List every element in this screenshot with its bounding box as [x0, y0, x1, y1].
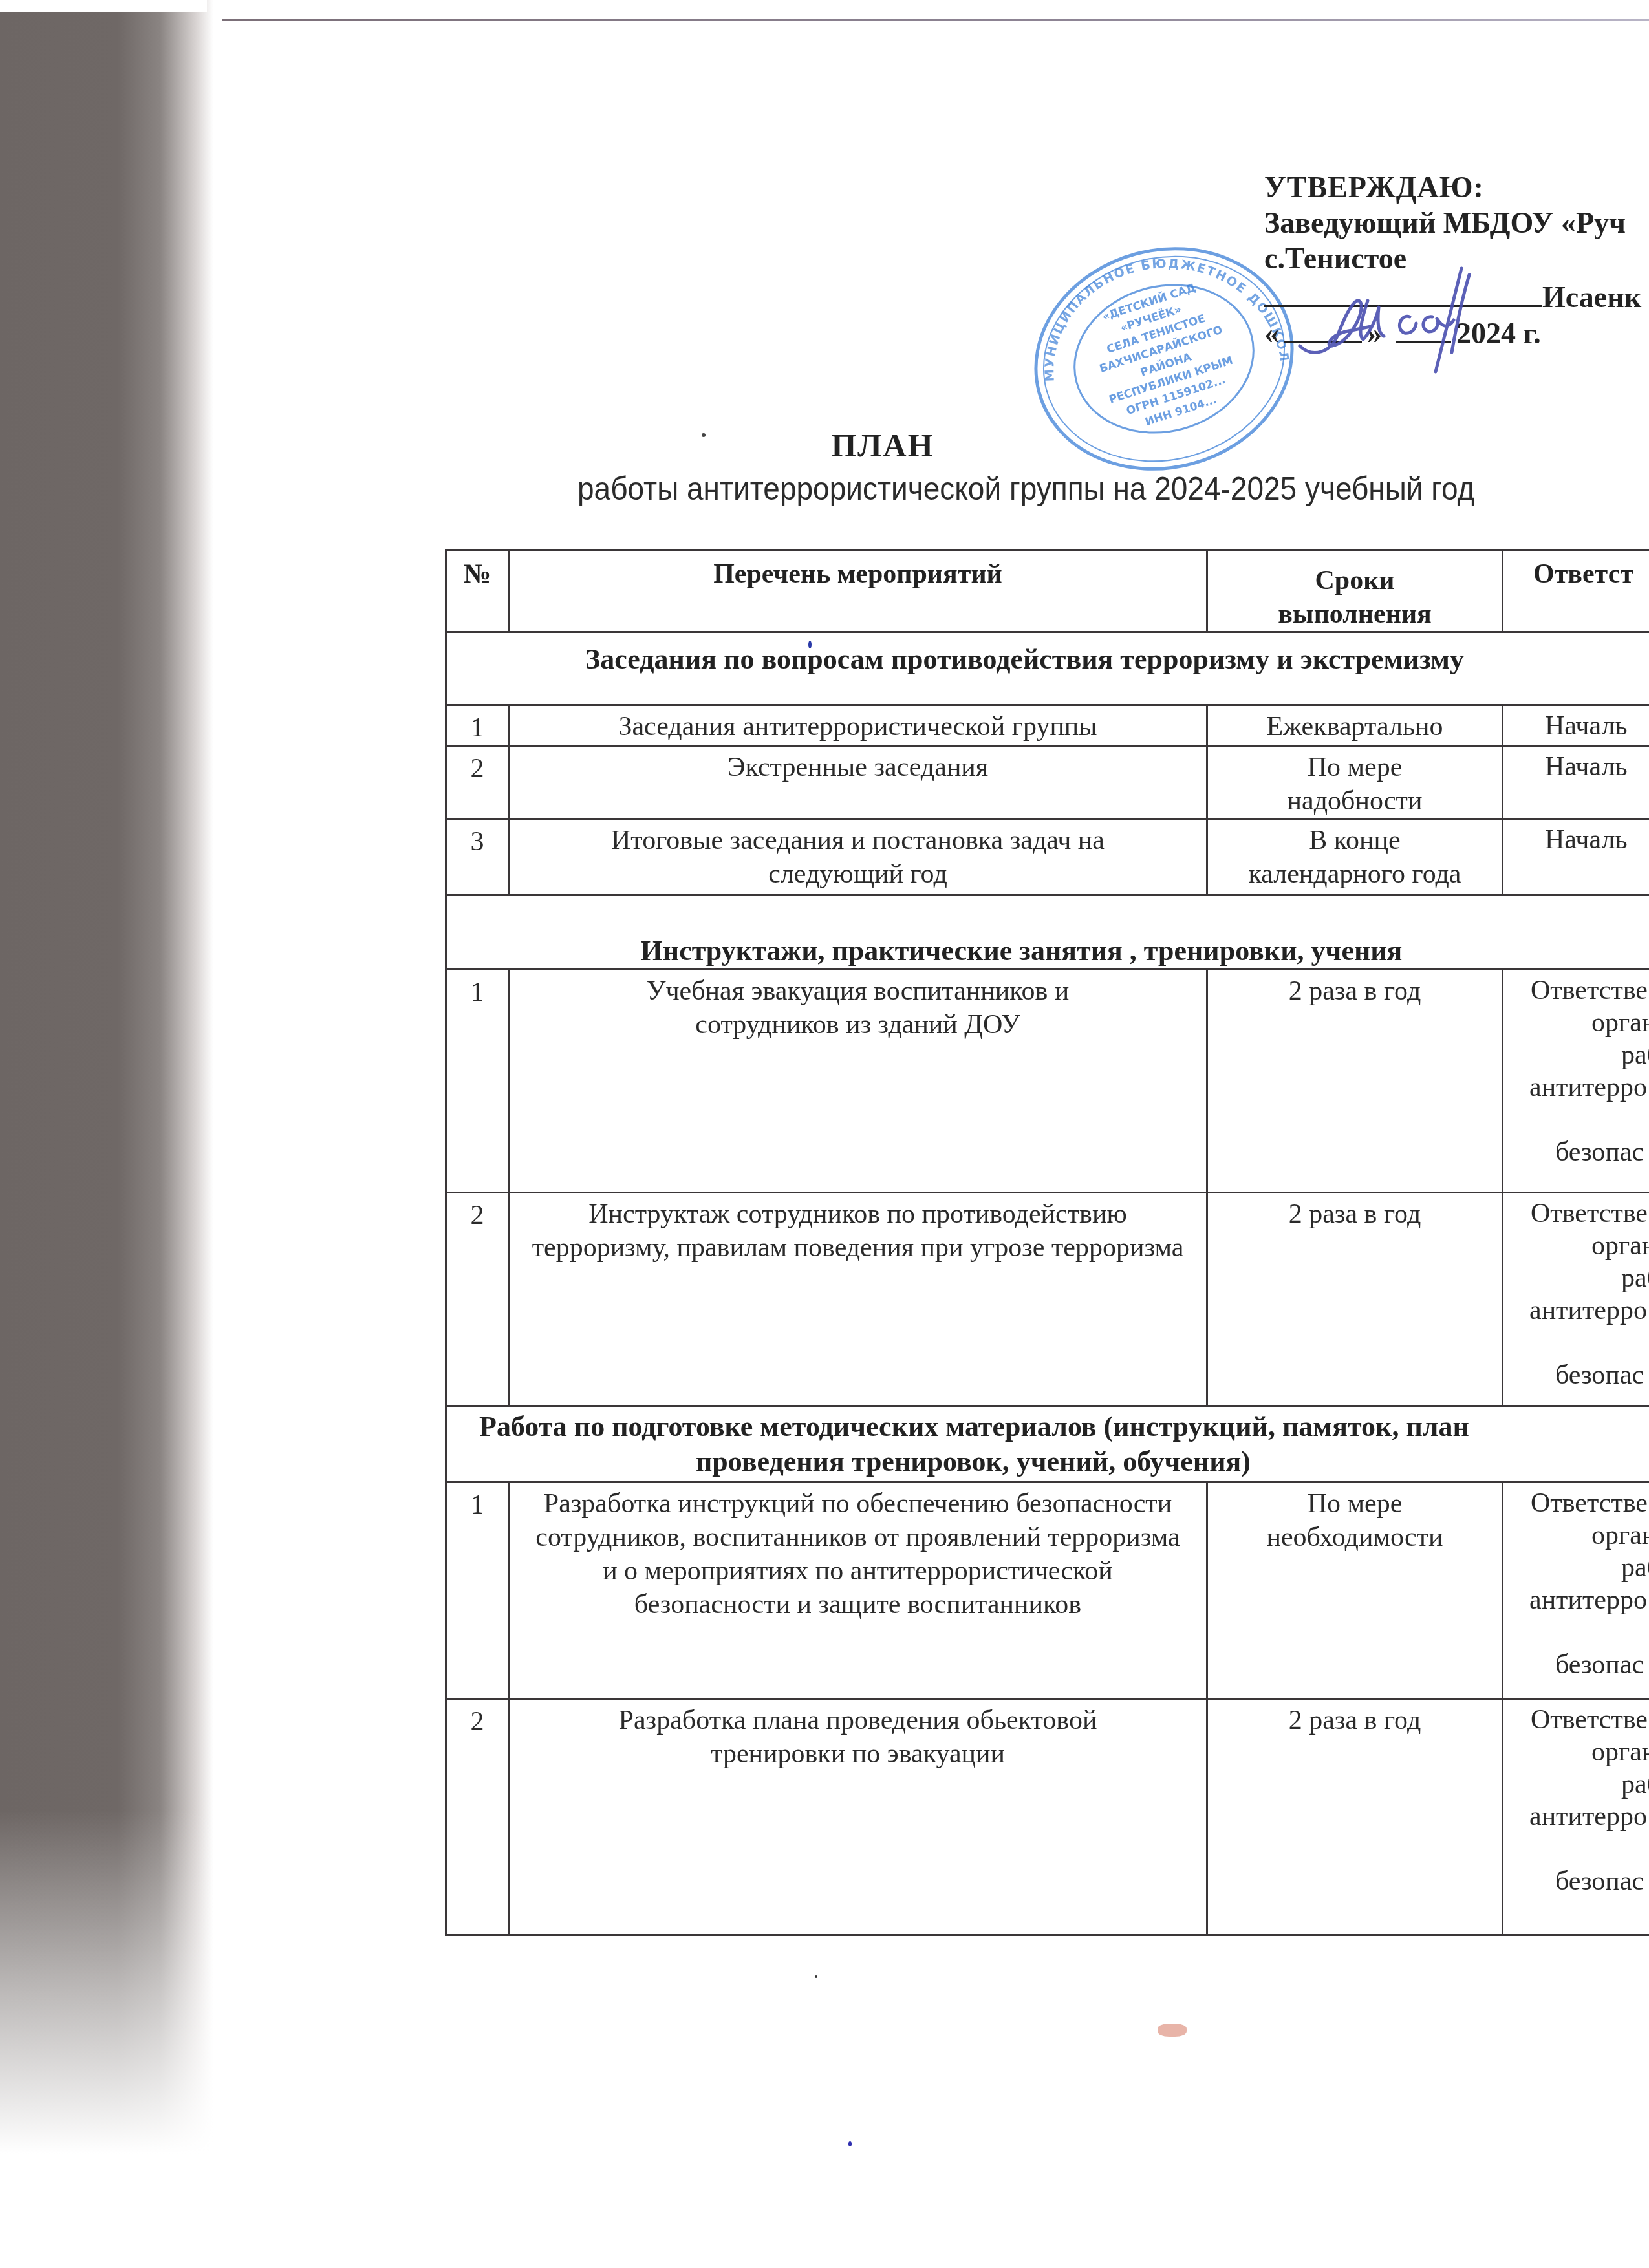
row-number: 2 — [446, 746, 509, 819]
scan-speck — [702, 433, 706, 437]
approval-signer-name: Исаенк — [1542, 281, 1641, 314]
row-responsible: Началь — [1503, 705, 1649, 746]
page-top-edge — [222, 19, 1649, 21]
table-row: 1 Учебная эвакуация воспитанников и сотр… — [446, 970, 1649, 1193]
document-title: ПЛАН — [0, 427, 1649, 464]
row-responsible: Началь — [1503, 819, 1649, 895]
scan-speck — [1158, 2024, 1187, 2037]
row-term: В конце календарного года — [1207, 819, 1503, 895]
row-term: По мере надобности — [1207, 746, 1503, 819]
table-row: 2 Инструктаж сотрудников по противодейст… — [446, 1193, 1649, 1406]
row-activity: Разработка плана проведения обьектовой т… — [509, 1699, 1207, 1935]
row-number: 1 — [446, 970, 509, 1193]
scan-speck — [815, 1975, 817, 1978]
date-open-quote: « — [1264, 317, 1279, 350]
header-num: № — [446, 550, 509, 632]
header-responsible: Ответст — [1503, 550, 1649, 632]
row-responsible: Ответстве органи рабо антитерро ско безо… — [1503, 1482, 1649, 1699]
scan-speck — [808, 641, 812, 648]
section-title: Работа по подготовке методических матери… — [446, 1406, 1649, 1482]
row-activity: Заседания антитеррористической группы — [509, 705, 1207, 746]
table-row: 2 Разработка плана проведения обьектовой… — [446, 1699, 1649, 1935]
section-title: Инструктажи, практические занятия , трен… — [446, 895, 1649, 970]
row-activity: Разработка инструкций по обеспечению без… — [509, 1482, 1207, 1699]
row-number: 3 — [446, 819, 509, 895]
scanner-edge-fade — [0, 1810, 220, 2268]
table-row: 1 Разработка инструкций по обеспечению б… — [446, 1482, 1649, 1699]
row-term: 2 раза в год — [1207, 970, 1503, 1193]
row-activity: Итоговые заседания и постановка задач на… — [509, 819, 1207, 895]
table-row: 3 Итоговые заседания и постановка задач … — [446, 819, 1649, 895]
table-row: 1 Заседания антитеррористической группы … — [446, 705, 1649, 746]
row-responsible: Ответстве органи рабо антитерро ско безо… — [1503, 1193, 1649, 1406]
section-title: Заседания по вопросам противодействия те… — [446, 632, 1649, 705]
row-number: 1 — [446, 705, 509, 746]
row-activity: Экстренные заседания — [509, 746, 1207, 819]
handwritten-signature — [1287, 255, 1500, 378]
row-responsible: Началь — [1503, 746, 1649, 819]
row-term: 2 раза в год — [1207, 1193, 1503, 1406]
header-term: Сроки выполнения — [1207, 550, 1503, 632]
approval-heading: УТВЕРЖДАЮ: — [1264, 169, 1649, 205]
plan-table: № Перечень мероприятий Сроки выполнения … — [445, 549, 1649, 1936]
row-responsible: Ответстве органи рабо антитерро ско безо… — [1503, 1699, 1649, 1935]
header-activity: Перечень мероприятий — [509, 550, 1207, 632]
row-term: 2 раза в год — [1207, 1699, 1503, 1935]
table-row: 2 Экстренные заседания По мере надобност… — [446, 746, 1649, 819]
row-term: По мере необходимости — [1207, 1482, 1503, 1699]
document-subtitle: работы антитеррористической группы на 20… — [577, 470, 1474, 508]
row-responsible: Ответстве органи рабо антитерро ско безо… — [1503, 970, 1649, 1193]
approval-position: Заведующий МБДОУ «Руч — [1264, 205, 1649, 241]
scanner-edge-top — [0, 0, 207, 12]
row-activity: Учебная эвакуация воспитанников и сотруд… — [509, 970, 1207, 1193]
scan-speck — [848, 2141, 852, 2146]
row-number: 2 — [446, 1699, 509, 1935]
row-number: 1 — [446, 1482, 509, 1699]
row-number: 2 — [446, 1193, 509, 1406]
section-row: Работа по подготовке методических матери… — [446, 1406, 1649, 1482]
row-activity: Инструктаж сотрудников по противодействи… — [509, 1193, 1207, 1406]
row-term: Ежеквартально — [1207, 705, 1503, 746]
section-row: Заседания по вопросам противодействия те… — [446, 632, 1649, 705]
table-header-row: № Перечень мероприятий Сроки выполнения … — [446, 550, 1649, 632]
section-row: Инструктажи, практические занятия , трен… — [446, 895, 1649, 970]
